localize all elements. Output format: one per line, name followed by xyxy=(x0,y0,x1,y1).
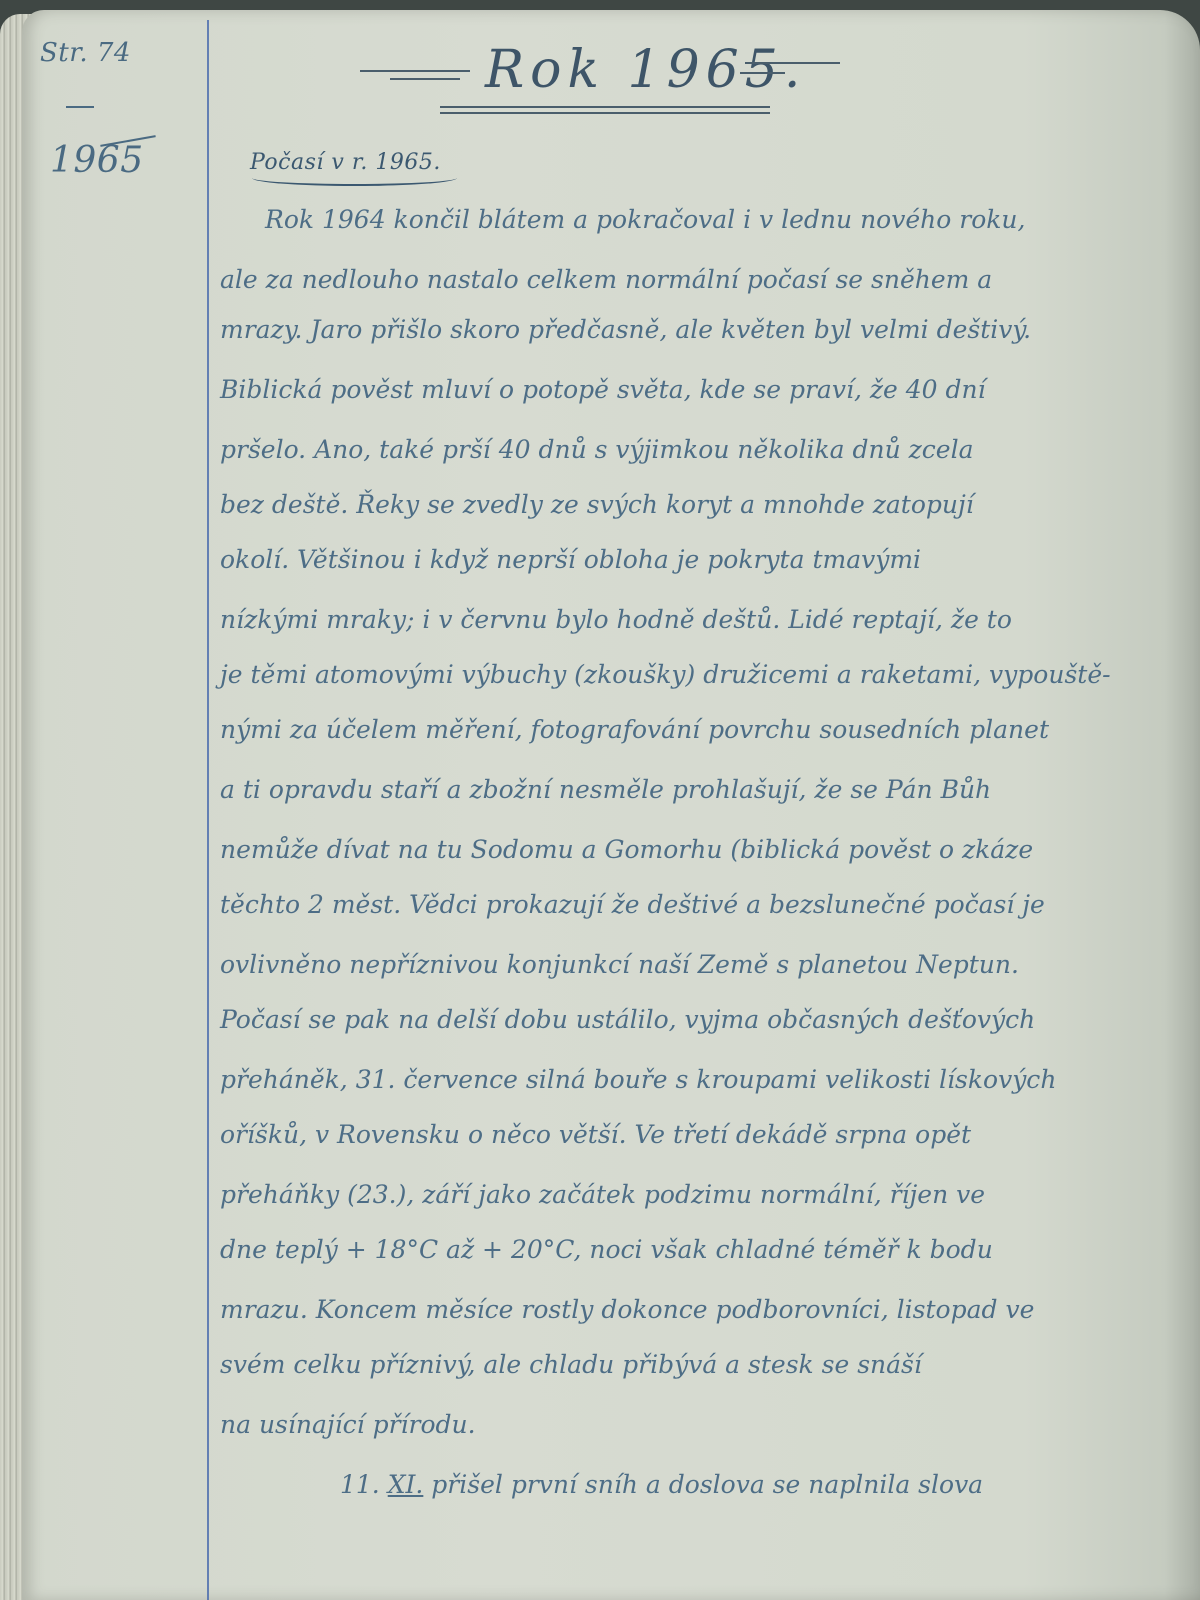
title-underline xyxy=(440,106,770,108)
margin-year: 1965 xyxy=(50,140,144,181)
text-line: nými za účelem měření, fotografování pov… xyxy=(220,715,1049,744)
text-line: mrazu. Koncem měsíce rostly dokonce podb… xyxy=(220,1295,1034,1324)
text-line: Rok 1964 končil blátem a pokračoval i v … xyxy=(265,205,1025,234)
text-line: ovlivněno nepříznivou konjunkcí naší Zem… xyxy=(220,950,1019,979)
book-spread: Str. 74 1965 Rok 1965. Počasí v r. 1965.… xyxy=(0,0,1200,1600)
text-line: těchto 2 měst. Vědci prokazují že deštiv… xyxy=(220,890,1045,919)
date-month-roman: XI. xyxy=(388,1470,424,1499)
title-rule-right xyxy=(745,62,840,64)
text-line: ale za nedlouho nastalo celkem normální … xyxy=(220,265,992,294)
margin-rule xyxy=(207,20,209,1600)
page-title: Rok 1965. xyxy=(485,40,806,100)
text-line: přeháňky (23.), září jako začátek podzim… xyxy=(220,1180,985,1209)
text-line: pršelo. Ano, také prší 40 dnů s výjimkou… xyxy=(220,435,974,464)
page-number: Str. 74 xyxy=(40,38,131,68)
text-line: oříšků, v Rovensku o něco větší. Ve třet… xyxy=(220,1120,971,1149)
last-line-rest: přišel první sníh a doslova se naplnila … xyxy=(431,1470,983,1499)
title-rule-left xyxy=(360,70,470,72)
date-day: 11. xyxy=(340,1470,380,1499)
title-rule-right-short xyxy=(740,72,785,74)
text-line: na usínající přírodu. xyxy=(220,1410,476,1439)
text-line: svém celku příznivý, ale chladu přibývá … xyxy=(220,1350,922,1379)
text-line: bez deště. Řeky se zvedly ze svých koryt… xyxy=(220,490,974,519)
text-line: Biblická pověst mluví o potopě světa, kd… xyxy=(220,375,986,404)
text-line: dne teplý + 18°C až + 20°C, noci však ch… xyxy=(220,1235,993,1264)
title-underline-second xyxy=(440,112,770,114)
text-line: okolí. Většinou i když neprší obloha je … xyxy=(220,545,921,574)
text-line-last: 11. XI. přišel první sníh a doslova se n… xyxy=(340,1470,983,1499)
text-line: nemůže dívat na tu Sodomu a Gomorhu (bib… xyxy=(220,835,1033,864)
text-line: a ti opravdu staří a zbožní nesměle proh… xyxy=(220,775,991,804)
title-block: Rok 1965. xyxy=(360,40,840,112)
text-line: Počasí se pak na delší dobu ustálilo, vy… xyxy=(220,1005,1035,1034)
title-rule-left-short xyxy=(390,78,460,80)
page-number-dash xyxy=(66,106,94,108)
section-heading: Počasí v r. 1965. xyxy=(250,150,441,175)
text-line: je těmi atomovými výbuchy (zkoušky) druž… xyxy=(220,660,1111,689)
text-line: nízkými mraky; i v červnu bylo hodně deš… xyxy=(220,605,1012,634)
text-line: mrazy. Jaro přišlo skoro předčasně, ale … xyxy=(220,315,1031,344)
text-line: přeháněk, 31. července silná bouře s kro… xyxy=(220,1065,1056,1094)
